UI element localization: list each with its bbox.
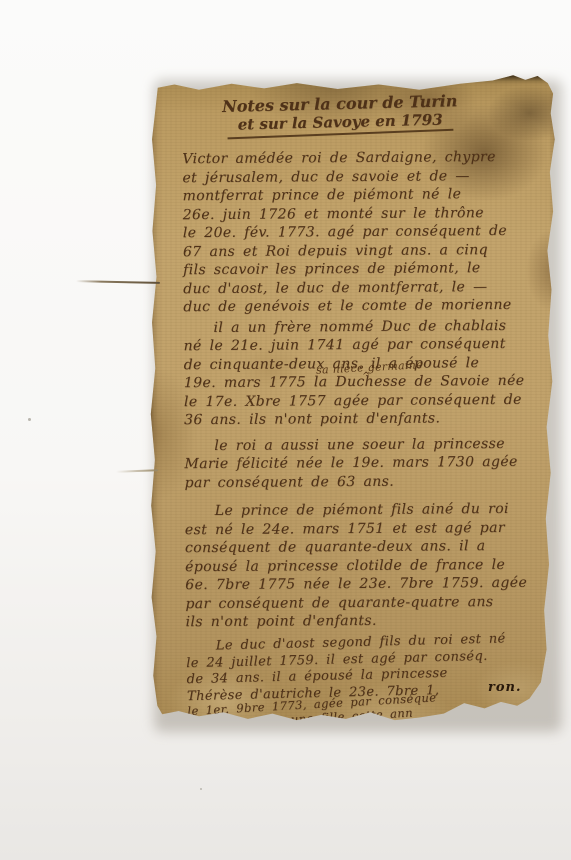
manuscript-page: Notes sur la cour de Turin et sur la Sav… [150,74,558,728]
manuscript-content: Notes sur la cour de Turin et sur la Sav… [148,73,561,730]
manuscript-line: 36 ans. ils n'ont point d'enfants. [184,409,546,430]
manuscript-paragraph: le roi a aussi une soeur la princesseMar… [184,434,546,492]
margin-ink-annotation: ron. [488,680,522,695]
scan-dust-speck [200,788,202,790]
manuscript-line: conséquent de quarante-deux ans. il a [185,537,547,558]
manuscript-line: 6e. 7bre 1775 née le 23e. 7bre 1759. agé… [185,574,547,595]
manuscript-line: le 20e. fév. 1773. agé par conséquent de [183,222,545,243]
manuscript-paragraph: Victor amédée roi de Sardaigne, chypreet… [182,148,545,317]
manuscript-line: ils n'ont point d'enfants. [185,611,547,632]
manuscript-line: par conséquent de quarante-quatre ans [185,592,547,613]
manuscript-line: montferrat prince de piémont né le [183,185,545,206]
scan-background: { "document": { "title_line1": "Notes su… [0,0,571,860]
manuscript-line: Marie félicité née le 19e. mars 1730 agé… [184,453,546,474]
insertion-caret-mark: ^ [362,371,370,382]
manuscript-line: Victor amédée roi de Sardaigne, chypre [182,148,544,169]
manuscript-line: est né le 24e. mars 1751 et est agé par [185,518,547,539]
manuscript-line: par conséquent de 63 ans. [185,471,547,492]
scan-dust-speck [28,418,31,421]
manuscript-line: 67 ans et Roi depuis vingt ans. a cinq [183,240,545,261]
manuscript-line: duc de genévois et le comte de morienne [183,296,545,317]
paper-thread-fiber [116,469,158,472]
manuscript-line: 26e. juin 1726 et monté sur le thrône [183,203,545,224]
manuscript-line: né le 21e. juin 1741 agé par conséquent [184,335,546,356]
manuscript-line: le 17e. Xbre 1757 agée par conséquent de [184,390,546,411]
manuscript-body: Victor amédée roi de Sardaigne, chypreet… [182,148,548,732]
manuscript-line: fils scavoir les princes de piémont, le [183,259,545,280]
manuscript-line: duc d'aost, le duc de montferrat, le — [183,277,545,298]
paper-thread-fiber [76,280,160,284]
manuscript-line: il a un frère nommé Duc de chablais [183,316,545,337]
manuscript-line: épousé la princesse clotilde de france l… [185,555,547,576]
page-title: Notes sur la cour de Turin et sur la Sav… [182,90,499,139]
manuscript-paragraph: Le prince de piémont fils ainé du roiest… [185,500,548,632]
manuscript-line: et jérusalem, duc de savoie et de — [182,166,544,187]
manuscript-line: Le prince de piémont fils ainé du roi [185,500,547,521]
